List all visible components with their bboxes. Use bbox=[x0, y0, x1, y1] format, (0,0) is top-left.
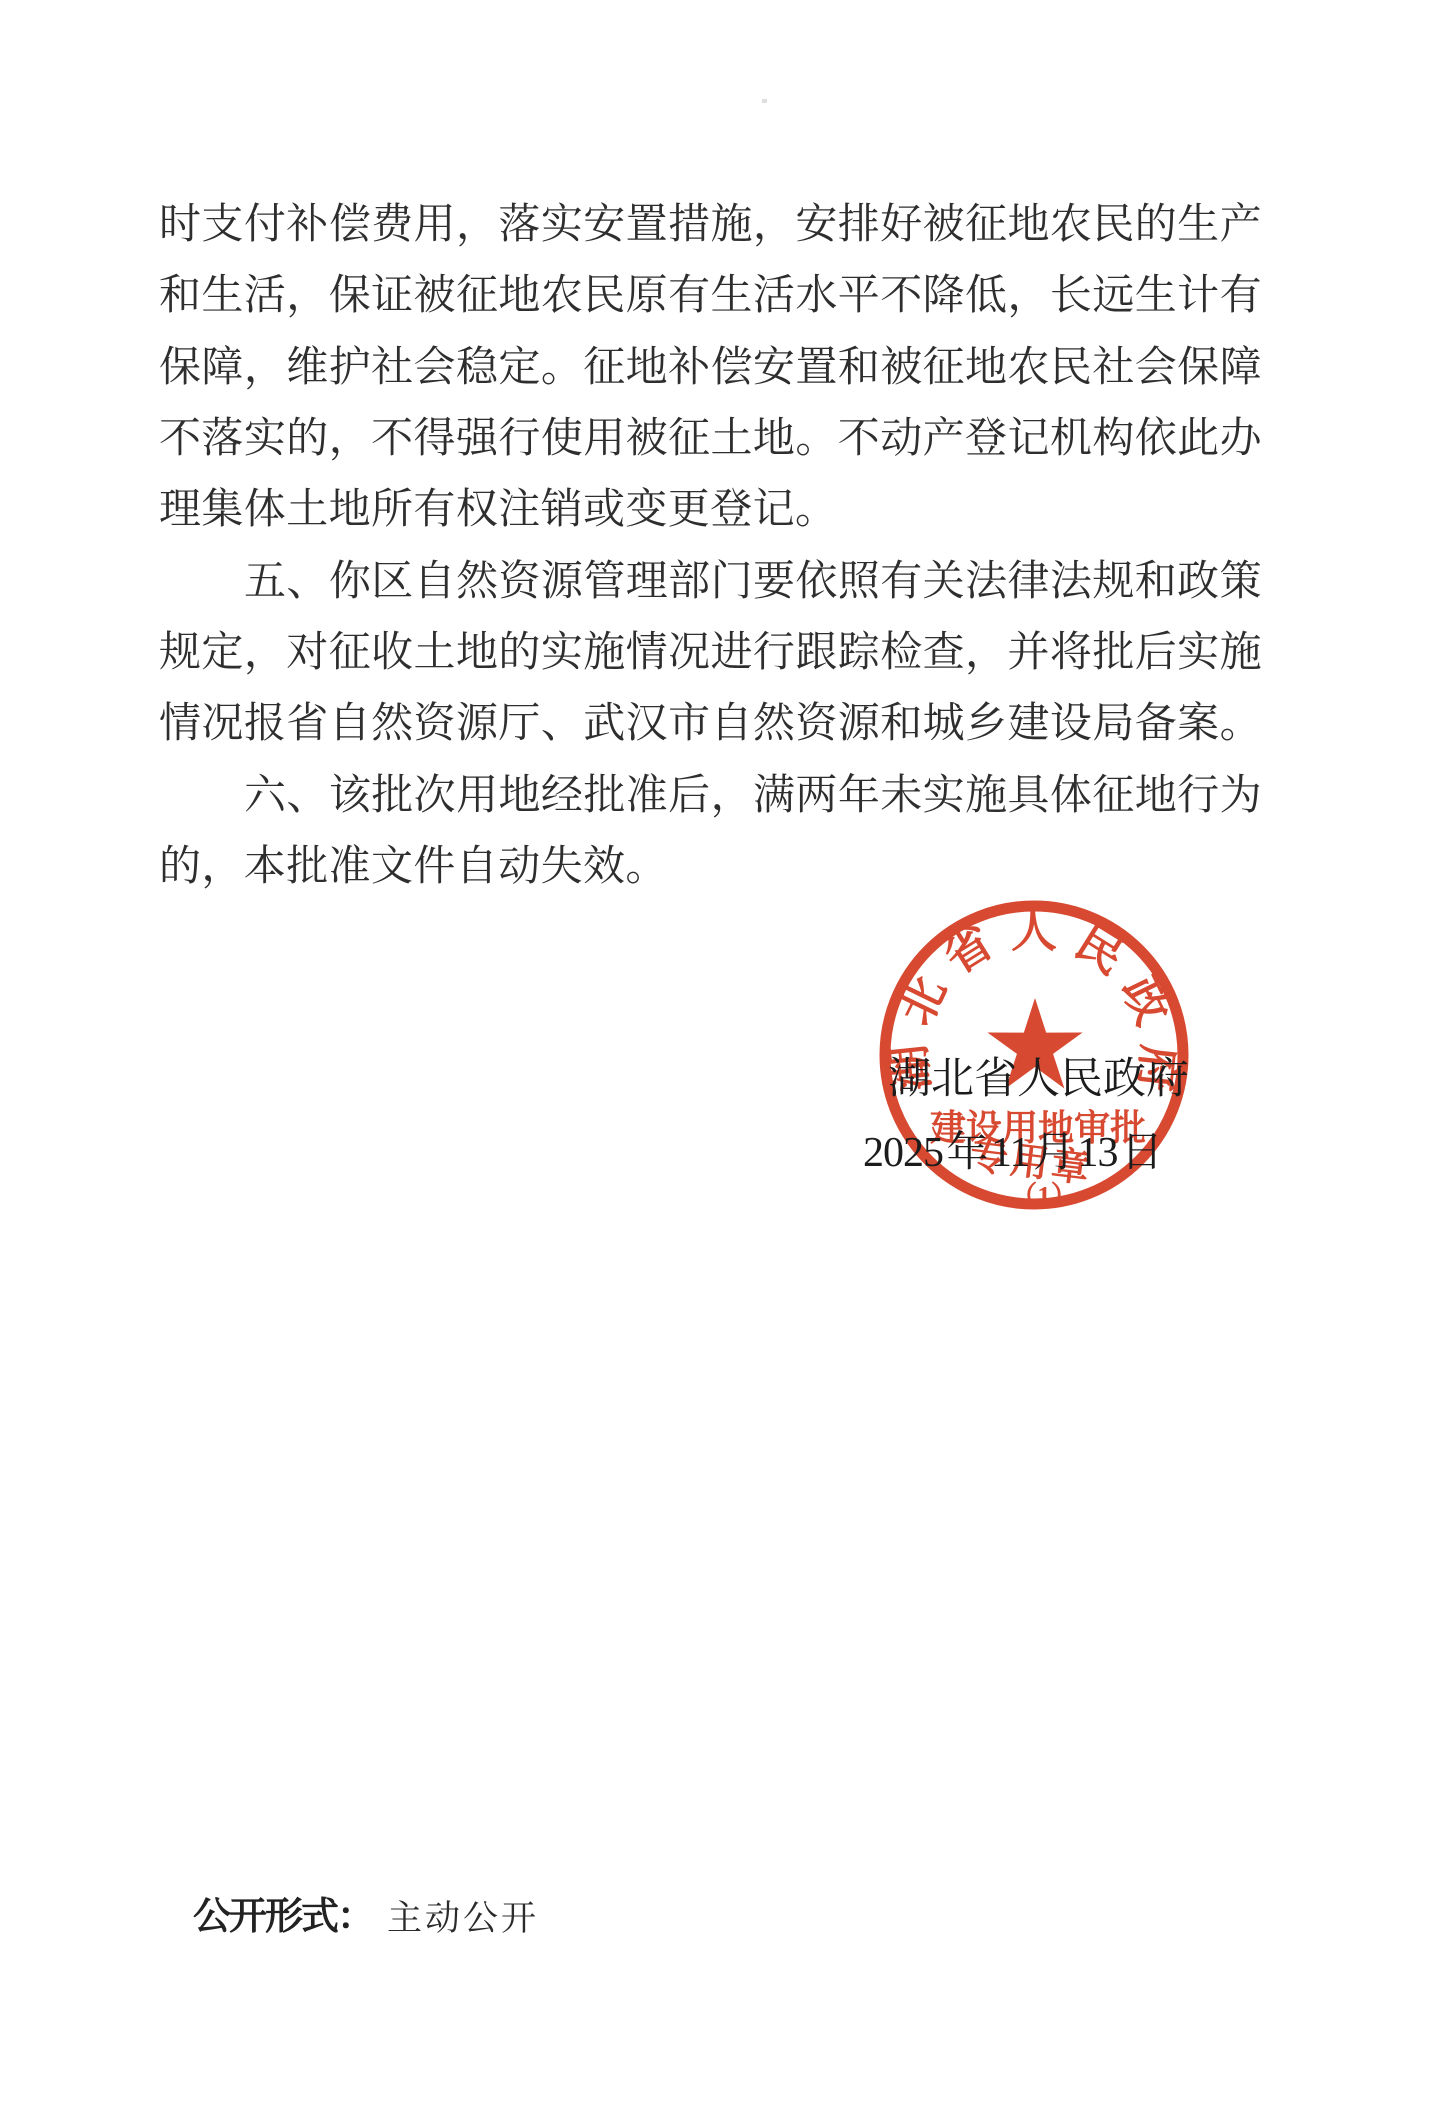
seal-arc-char: 人 bbox=[1011, 906, 1057, 957]
seal-arc-char: 民 bbox=[1067, 916, 1133, 984]
body-line: 五、你区自然资源管理部门要依照有关法律法规和政策 bbox=[159, 547, 1262, 618]
disclosure-value: 主动公开 bbox=[387, 1899, 539, 1939]
document-page: 时支付补偿费用，落实安置措施，安排好被征地农民的生产 和生活，保证被征地农民原有… bbox=[0, 0, 1451, 2107]
body-line: 六、该批次用地经批准后，满两年未实施具体征地行为 bbox=[159, 761, 1262, 832]
seal-arc-char: 省 bbox=[935, 916, 1001, 984]
body-line: 和生活，保证被征地农民原有生活水平不降低，长远生计有 bbox=[159, 261, 1262, 332]
body-line: 时支付补偿费用，落实安置措施，安排好被征地农民的生产 bbox=[159, 190, 1262, 261]
disclosure-label: 公开形式： bbox=[193, 1893, 373, 1941]
body-line: 规定，对征收土地的实施情况进行跟踪检查，并将批后实施 bbox=[159, 618, 1262, 689]
issuer-name: 湖北省人民政府 bbox=[888, 1050, 1189, 1110]
scan-speck bbox=[762, 99, 767, 103]
issue-date: 2025 年 11 月 13 日 bbox=[863, 1123, 1162, 1183]
seal-arc-char: 北 bbox=[890, 969, 956, 1033]
seal-arc-char: 政 bbox=[1112, 969, 1178, 1033]
seal-number-text: （1） bbox=[1010, 1181, 1078, 1211]
body-line: 不落实的，不得强行使用被征土地。不动产登记机构依此办 bbox=[159, 404, 1262, 475]
body-line: 保障，维护社会稳定。征地补偿安置和被征地农民社会保障 bbox=[159, 333, 1262, 404]
body-line: 理集体土地所有权注销或变更登记。 bbox=[159, 475, 1262, 546]
body-line: 情况报省自然资源厅、武汉市自然资源和城乡建设局备案。 bbox=[159, 689, 1262, 760]
